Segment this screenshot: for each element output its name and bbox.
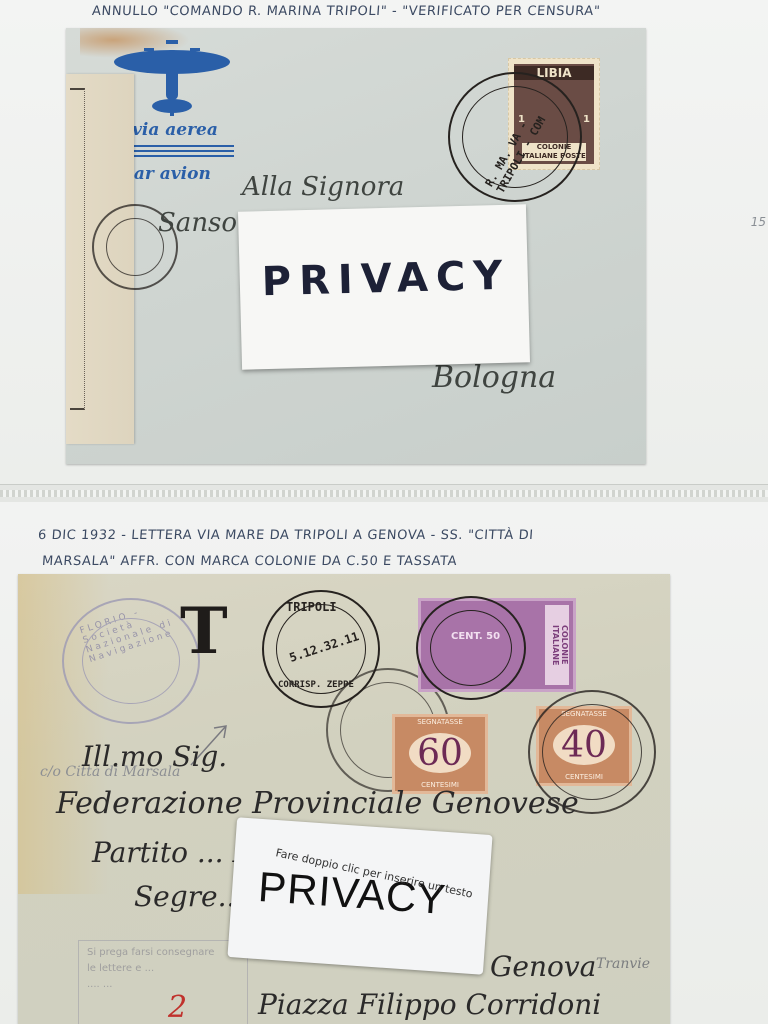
tax-mark: T: [180, 600, 228, 664]
page-caption-line-1: 6 DIC 1932 - LETTERA VIA MARE DA TRIPOLI…: [37, 528, 534, 543]
page-caption-line-2: MARSALA" AFFR. CON MARCA COLONIE DA C.50…: [41, 554, 457, 569]
airmail-bars: [132, 145, 234, 160]
address-line-4: Segre...: [134, 880, 244, 913]
address-line-5: Genova: [490, 950, 596, 983]
privacy-note: PRIVACY: [238, 204, 530, 369]
album-page-top: ANNULLO "COMANDO R. MARINA TRIPOLI" - "V…: [0, 0, 768, 484]
address-line-6: Piazza Filippo Corridoni: [258, 988, 601, 1021]
page-divider: [0, 484, 768, 504]
airmail-label: via aerea: [132, 120, 218, 140]
address-line-1: Alla Signora: [242, 172, 404, 202]
address-line-2: Federazione Provinciale Genovese: [56, 786, 579, 821]
privacy-label: PRIVACY Fare doppio clic per inserire un…: [227, 817, 492, 975]
side-note: Tranvie: [596, 956, 650, 972]
address-line-3: Bologna: [432, 360, 556, 395]
page-caption: ANNULLO "COMANDO R. MARINA TRIPOLI" - "V…: [91, 4, 600, 19]
boxed-cachet: Si prega farsi consegnare le lettere e .…: [78, 940, 248, 1024]
airmail-label-french: par avion: [122, 164, 211, 184]
address-line-1: Ill.mo Sig.: [82, 740, 227, 773]
segnatasse-60-stamp: SEGNATASSE 60 CENTESIMI: [392, 714, 488, 794]
page-number: 15: [751, 215, 766, 229]
marina-postmark: R. MA. VA - TRIPOLI - COM: [448, 72, 582, 202]
censor-frame: [70, 88, 85, 410]
red-pencil-mark: 2: [168, 990, 187, 1024]
stamp-cancel-postmark: [416, 596, 526, 700]
